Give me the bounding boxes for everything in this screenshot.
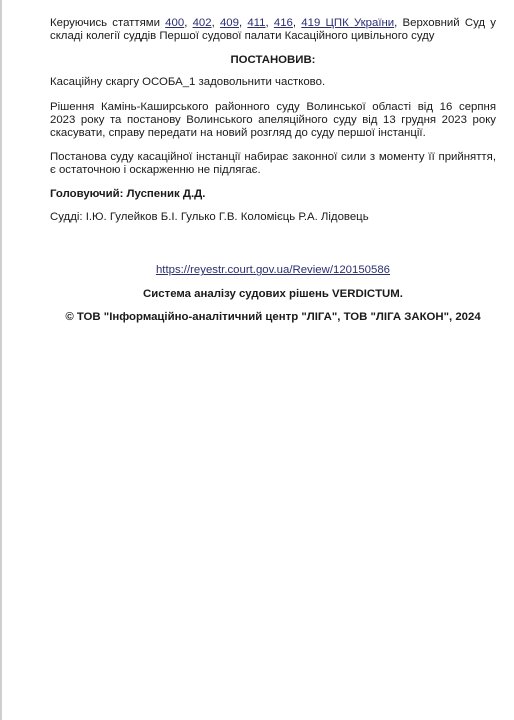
system-name: Система аналізу судових рішень VERDICTUM… [50,288,496,301]
footer-url-line: https://reyestr.court.gov.ua/Review/1201… [50,264,496,277]
copyright-notice: © ТОВ "Інформаційно-аналітичний центр "Л… [50,311,496,324]
document-page: Керуючись статтями 400, 402, 409, 411, 4… [50,17,496,325]
link-separator: , [266,17,274,29]
grant-paragraph: Касаційну скаргу ОСОБА_1 задовольнити ча… [50,76,496,89]
intro-prefix: Керуючись статтями [50,17,165,29]
link-separator: , [212,17,220,29]
judges-list: Судді: І.Ю. Гулейков Б.І. Гулько Г.В. Ко… [50,211,496,224]
article-link-400[interactable]: 400 [165,17,184,29]
page-left-edge [0,0,2,720]
article-link-402[interactable]: 402 [193,17,212,29]
presiding-judge: Головуючий: Луспеник Д.Д. [50,188,496,201]
article-link-409[interactable]: 409 [220,17,239,29]
registry-url-link[interactable]: https://reyestr.court.gov.ua/Review/1201… [156,264,390,276]
link-separator: , [184,17,192,29]
decision-paragraph: Рішення Камінь-Каширського районного суд… [50,101,496,141]
legal-force-paragraph: Постанова суду касаційної інстанції наби… [50,151,496,178]
intro-paragraph: Керуючись статтями 400, 402, 409, 411, 4… [50,17,496,44]
article-link-416[interactable]: 416 [274,17,293,29]
resolution-title: ПОСТАНОВИВ: [50,54,496,67]
article-link-419-cpk[interactable]: 419 ЦПК України [301,17,394,29]
article-link-411[interactable]: 411 [247,17,265,29]
